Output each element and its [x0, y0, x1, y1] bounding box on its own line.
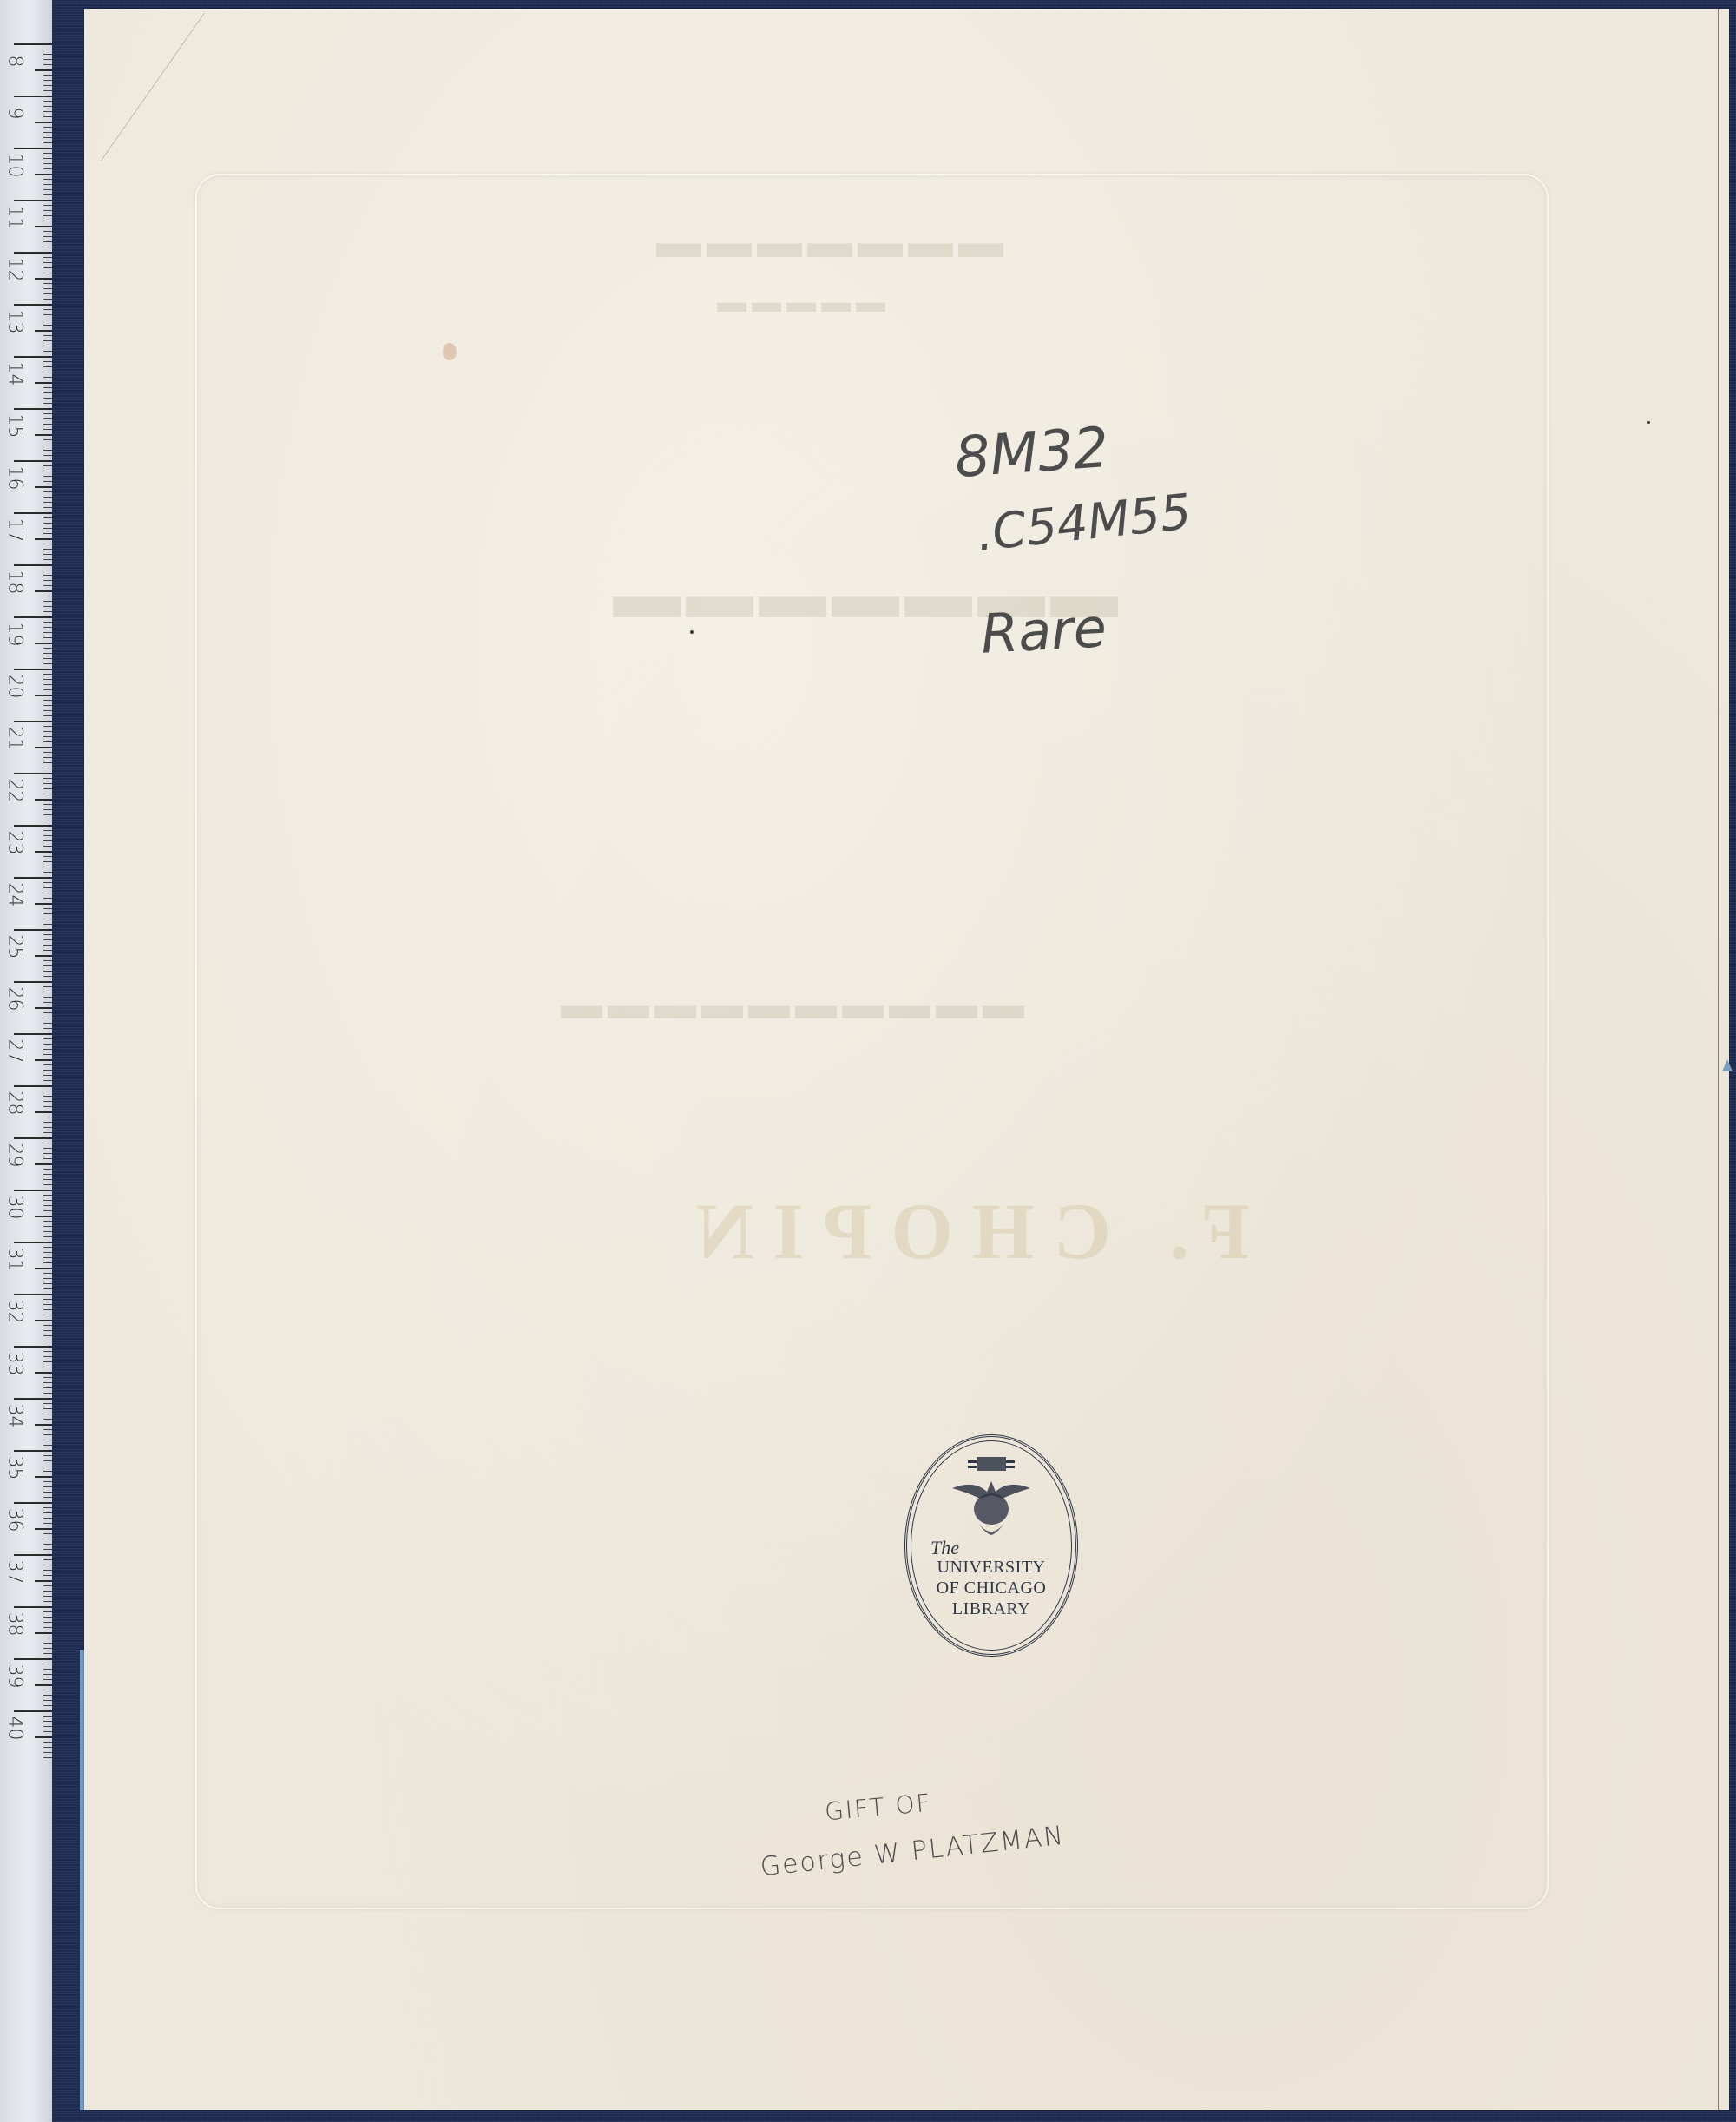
ruler-minor-tick — [43, 856, 52, 857]
show-through-dedication: ▬▬▬▬▬▬▬▬▬▬ — [556, 981, 1024, 1029]
ruler-minor-tick — [43, 1674, 52, 1675]
ruler-minor-tick — [35, 643, 52, 644]
ruler-minor-tick — [43, 986, 52, 987]
ruler-minor-tick — [43, 1262, 52, 1263]
ruler-label: 29 — [4, 1143, 26, 1169]
ruler-minor-tick — [35, 1736, 52, 1738]
show-through-composer: F. CHOPIN — [677, 1185, 1250, 1277]
ruler-minor-tick — [43, 559, 52, 560]
ruler-minor-tick — [43, 924, 52, 925]
paper-speck — [690, 630, 694, 634]
ruler-minor-tick — [43, 398, 52, 399]
ruler-label: 24 — [4, 882, 26, 908]
ruler-minor-tick — [35, 1216, 52, 1217]
ruler-minor-tick — [43, 340, 52, 341]
ruler-minor-tick — [43, 1174, 52, 1175]
ruler-minor-tick — [43, 1596, 52, 1597]
ruler-minor-tick — [43, 64, 52, 65]
ruler-label: 25 — [4, 934, 26, 960]
ruler-minor-tick — [43, 471, 52, 471]
ruler-minor-tick — [43, 372, 52, 372]
ruler-minor-tick — [43, 1669, 52, 1670]
ruler-minor-tick — [43, 1507, 52, 1508]
ruler-major-tick — [14, 1658, 52, 1660]
ruler-label: 36 — [4, 1507, 26, 1533]
ruler-major-tick — [14, 356, 52, 358]
ruler-label: 23 — [4, 830, 26, 856]
ruler-major-tick — [14, 1450, 52, 1452]
ruler-major-tick — [14, 669, 52, 670]
bookplate-line-1: UNIVERSITY — [911, 1558, 1071, 1578]
ruler-minor-tick — [43, 1330, 52, 1331]
ruler-minor-tick — [43, 768, 52, 768]
ruler-minor-tick — [43, 1466, 52, 1466]
ruler-minor-tick — [35, 1320, 52, 1321]
ruler-minor-tick — [43, 1695, 52, 1696]
ruler-minor-tick — [43, 1153, 52, 1154]
ruler-minor-tick — [43, 210, 52, 211]
ruler-minor-tick — [35, 1684, 52, 1686]
ruler-minor-tick — [43, 283, 52, 284]
ruler-minor-tick — [43, 1049, 52, 1050]
ruler-minor-tick — [43, 757, 52, 758]
ruler-minor-tick — [43, 939, 52, 940]
ruler-minor-tick — [43, 1601, 52, 1602]
ruler-minor-tick — [35, 538, 52, 540]
ruler-minor-tick — [43, 1570, 52, 1571]
ruler-minor-tick — [43, 267, 52, 268]
ruler-minor-tick — [43, 163, 52, 164]
ruler-minor-tick — [43, 840, 52, 841]
ruler-minor-tick — [43, 752, 52, 753]
ruler-minor-tick — [43, 429, 52, 430]
ruler-minor-tick — [43, 418, 52, 419]
ruler-major-tick — [14, 1137, 52, 1139]
ruler-major-tick — [14, 1085, 52, 1087]
ruler-minor-tick — [43, 648, 52, 649]
ruler-minor-tick — [43, 1664, 52, 1664]
ruler-minor-tick — [35, 1111, 52, 1113]
ruler-minor-tick — [43, 1012, 52, 1013]
ruler-minor-tick — [43, 1315, 52, 1315]
ruler-minor-tick — [43, 887, 52, 888]
ruler-minor-tick — [35, 1632, 52, 1634]
ruler-major-tick — [14, 200, 52, 201]
ruler-minor-tick — [43, 262, 52, 263]
ruler-minor-tick — [43, 1054, 52, 1055]
ruler-minor-tick — [43, 309, 52, 310]
ruler-minor-tick — [43, 1273, 52, 1274]
ruler-minor-tick — [43, 1705, 52, 1706]
paper-speck — [1647, 421, 1650, 424]
ruler-minor-tick — [43, 1523, 52, 1524]
ruler-minor-tick — [43, 257, 52, 258]
ruler-major-tick — [14, 1346, 52, 1348]
ruler-minor-tick — [43, 366, 52, 367]
ruler-minor-tick — [35, 1424, 52, 1426]
ruler-minor-tick — [43, 231, 52, 232]
ruler-minor-tick — [35, 695, 52, 696]
ruler-minor-tick — [43, 1486, 52, 1487]
ruler-minor-tick — [43, 627, 52, 628]
ruler-minor-tick — [43, 570, 52, 570]
ruler-minor-tick — [43, 241, 52, 242]
ruler-minor-tick — [43, 215, 52, 216]
ruler-minor-tick — [43, 299, 52, 300]
ruler-minor-tick — [43, 637, 52, 638]
ruler-minor-tick — [43, 1419, 52, 1420]
ruler-minor-tick — [43, 1747, 52, 1748]
ruler-minor-tick — [43, 705, 52, 706]
ruler-minor-tick — [43, 1106, 52, 1107]
ruler-minor-tick — [35, 1372, 52, 1374]
ruler-minor-tick — [43, 1585, 52, 1586]
ruler-minor-tick — [43, 689, 52, 690]
ruler-minor-tick — [35, 747, 52, 748]
ruler-minor-tick — [43, 1028, 52, 1029]
ruler-major-tick — [14, 408, 52, 410]
ruler-minor-tick — [43, 814, 52, 815]
bookplate-the: The — [930, 1537, 959, 1559]
ruler-minor-tick — [43, 1143, 52, 1143]
ruler-minor-tick — [43, 1440, 52, 1440]
ruler-minor-tick — [43, 1367, 52, 1367]
ruler-label: 30 — [4, 1195, 26, 1221]
ruler-minor-tick — [43, 1127, 52, 1128]
ruler-minor-tick — [43, 1471, 52, 1472]
ruler-minor-tick — [43, 971, 52, 972]
ruler-minor-tick — [43, 1299, 52, 1300]
ruler-minor-tick — [43, 507, 52, 508]
ruler-minor-tick — [43, 1236, 52, 1237]
ruler-minor-tick — [43, 726, 52, 727]
ruler-minor-tick — [43, 867, 52, 867]
ruler-minor-tick — [43, 1611, 52, 1612]
ruler-minor-tick — [43, 736, 52, 737]
ruler-minor-tick — [43, 1653, 52, 1654]
ruler-minor-tick — [43, 1283, 52, 1284]
ruler-label: 22 — [4, 778, 26, 804]
ruler-minor-tick — [43, 445, 52, 445]
ruler-major-tick — [14, 616, 52, 618]
ruler-minor-tick — [43, 335, 52, 336]
ruler-label: 40 — [4, 1716, 26, 1742]
ruler-major-tick — [14, 460, 52, 462]
ruler-major-tick — [14, 1398, 52, 1400]
ruler-minor-tick — [43, 1492, 52, 1493]
ruler-major-tick — [14, 304, 52, 306]
ruler-minor-tick — [43, 762, 52, 763]
ruler-minor-tick — [43, 710, 52, 711]
ruler-minor-tick — [43, 861, 52, 862]
ruler-minor-tick — [43, 809, 52, 810]
ruler-label: 37 — [4, 1559, 26, 1585]
ruler-minor-tick — [43, 325, 52, 326]
ruler-label: 19 — [4, 622, 26, 648]
ruler-label: 12 — [4, 257, 26, 283]
ruler-minor-tick — [35, 226, 52, 227]
ruler-minor-tick — [43, 1075, 52, 1076]
ruler-label: 13 — [4, 309, 26, 335]
ruler-minor-tick — [43, 1622, 52, 1623]
ruler-minor-tick — [43, 1648, 52, 1649]
ruler-major-tick — [14, 825, 52, 827]
ruler-minor-tick — [43, 1429, 52, 1430]
ruler-minor-tick — [43, 913, 52, 914]
ruler-minor-tick — [43, 314, 52, 315]
ruler-minor-tick — [43, 346, 52, 346]
ruler-label: 39 — [4, 1664, 26, 1690]
ruler-minor-tick — [43, 168, 52, 169]
ruler-minor-tick — [43, 554, 52, 555]
ruler-minor-tick — [43, 1101, 52, 1102]
ruler-minor-tick — [43, 1278, 52, 1279]
ruler-major-tick — [14, 1190, 52, 1191]
ruler-minor-tick — [43, 1533, 52, 1534]
ruler-minor-tick — [43, 1690, 52, 1690]
ruler-minor-tick — [43, 236, 52, 237]
ruler-minor-tick — [43, 194, 52, 195]
ruler-minor-tick — [43, 893, 52, 893]
ruler-minor-tick — [43, 1341, 52, 1341]
call-number-line-1: 8M32 — [953, 416, 1111, 491]
ruler-label: 14 — [4, 361, 26, 387]
ruler-major-tick — [14, 981, 52, 983]
ruler-label: 28 — [4, 1091, 26, 1117]
ruler-minor-tick — [43, 997, 52, 998]
ruler-minor-tick — [43, 674, 52, 675]
ruler-minor-tick — [43, 1210, 52, 1211]
ruler-minor-tick — [43, 976, 52, 977]
ruler-minor-tick — [43, 403, 52, 404]
ruler-minor-tick — [43, 1512, 52, 1513]
ruler-minor-tick — [43, 1226, 52, 1227]
ruler-minor-tick — [43, 288, 52, 289]
ruler-minor-tick — [43, 1591, 52, 1591]
ruler-minor-tick — [43, 320, 52, 320]
ruler-minor-tick — [43, 1445, 52, 1446]
ruler-major-tick — [14, 1033, 52, 1035]
ruler-label: 11 — [4, 205, 26, 231]
ruler-minor-tick — [35, 799, 52, 801]
ruler-minor-tick — [35, 1476, 52, 1478]
ruler-minor-tick — [43, 59, 52, 60]
ruler-minor-tick — [43, 575, 52, 576]
ruler-minor-tick — [43, 455, 52, 456]
ruler-label: 38 — [4, 1611, 26, 1638]
sheet-fold-line — [1718, 9, 1719, 2110]
ruler-minor-tick — [43, 1091, 52, 1091]
ruler-minor-tick — [43, 184, 52, 185]
ruler-minor-tick — [43, 835, 52, 836]
ruler-minor-tick — [43, 549, 52, 550]
ruler-major-tick — [14, 1294, 52, 1295]
ruler-major-tick — [14, 252, 52, 254]
ruler-minor-tick — [43, 465, 52, 466]
ruler-minor-tick — [43, 221, 52, 221]
ruler-minor-tick — [43, 1460, 52, 1461]
ruler-minor-tick — [43, 585, 52, 586]
ruler-minor-tick — [43, 392, 52, 393]
ruler-minor-tick — [43, 377, 52, 378]
ruler-minor-tick — [43, 424, 52, 425]
ruler-minor-tick — [43, 1455, 52, 1456]
phoenix-emblem-icon — [944, 1455, 1039, 1542]
ruler-minor-tick — [43, 663, 52, 664]
ruler-minor-tick — [35, 330, 52, 332]
bookplate-line-2: OF CHICAGO — [911, 1578, 1071, 1598]
ruler-minor-tick — [43, 1002, 52, 1003]
ruler-minor-tick — [43, 830, 52, 831]
ruler-minor-tick — [43, 1638, 52, 1638]
ruler-major-tick — [14, 1710, 52, 1712]
ruler-minor-tick — [43, 523, 52, 524]
ruler-minor-tick — [43, 934, 52, 935]
ruler-minor-tick — [43, 1080, 52, 1081]
show-through-title: ▬▬▬▬▬▬▬ — [651, 217, 1003, 268]
ruler-minor-tick — [43, 1252, 52, 1253]
ruler-minor-tick — [43, 1559, 52, 1560]
ruler-minor-tick — [43, 611, 52, 612]
ruler-label: 33 — [4, 1351, 26, 1377]
bookplate-line-3: LIBRARY — [911, 1599, 1071, 1619]
ruler-minor-tick — [43, 205, 52, 206]
ruler-minor-tick — [35, 434, 52, 436]
ruler-minor-tick — [43, 481, 52, 482]
ruler-major-tick — [14, 43, 52, 45]
ruler-minor-tick — [43, 387, 52, 388]
ruler-minor-tick — [43, 1481, 52, 1482]
ruler-minor-tick — [43, 361, 52, 362]
ruler-minor-tick — [43, 1325, 52, 1326]
ruler-minor-tick — [43, 872, 52, 873]
ruler-minor-tick — [43, 517, 52, 518]
ruler-minor-tick — [43, 476, 52, 477]
ruler-minor-tick — [43, 622, 52, 623]
ruler-minor-tick — [43, 684, 52, 685]
ruler-minor-tick — [43, 1434, 52, 1435]
ruler-minor-tick — [43, 658, 52, 659]
ruler-minor-tick — [43, 54, 52, 55]
ruler-label: 32 — [4, 1299, 26, 1325]
ruler-minor-tick — [43, 700, 52, 701]
ruler-major-tick — [14, 773, 52, 774]
ruler-minor-tick — [43, 1257, 52, 1258]
show-through-subtitle: ▬▬▬▬▬ — [712, 287, 885, 320]
ruler-minor-tick — [43, 1544, 52, 1545]
ruler-minor-tick — [43, 1721, 52, 1722]
ruler-minor-tick — [43, 1757, 52, 1758]
ruler-major-tick — [14, 929, 52, 931]
ruler-minor-tick — [43, 846, 52, 847]
ruler-minor-tick — [43, 794, 52, 794]
ruler-minor-tick — [43, 1377, 52, 1378]
ruler-minor-tick — [43, 992, 52, 992]
ruler-minor-tick — [43, 1231, 52, 1232]
ruler-minor-tick — [43, 919, 52, 919]
ruler-minor-tick — [35, 278, 52, 280]
ruler-minor-tick — [43, 715, 52, 716]
measurement-ruler: 8910111213141516171819202122232425262728… — [0, 0, 52, 2122]
ruler-major-tick — [14, 877, 52, 879]
ruler-minor-tick — [43, 1132, 52, 1133]
ruler-minor-tick — [43, 1752, 52, 1753]
ruler-minor-tick — [43, 1361, 52, 1362]
ruler-minor-tick — [43, 533, 52, 534]
ruler-minor-tick — [43, 439, 52, 440]
ruler-minor-tick — [43, 49, 52, 49]
ruler-minor-tick — [43, 632, 52, 633]
ruler-minor-tick — [43, 1148, 52, 1149]
ruler-minor-tick — [43, 1195, 52, 1196]
ruler-minor-tick — [43, 1288, 52, 1289]
ruler-minor-tick — [43, 882, 52, 883]
ruler-minor-tick — [43, 1731, 52, 1732]
ruler-minor-tick — [43, 1518, 52, 1519]
ruler-major-tick — [14, 512, 52, 514]
ruler-minor-tick — [43, 1304, 52, 1305]
ruler-minor-tick — [43, 351, 52, 352]
ruler-major-tick — [14, 1554, 52, 1556]
ruler-minor-tick — [43, 1643, 52, 1644]
ruler-minor-tick — [43, 1742, 52, 1743]
ruler-label: 21 — [4, 726, 26, 752]
ruler-minor-tick — [35, 1268, 52, 1269]
ruler-minor-tick — [43, 1726, 52, 1727]
ruler-minor-tick — [43, 1179, 52, 1180]
ruler-minor-tick — [43, 1221, 52, 1222]
ruler-minor-tick — [43, 1700, 52, 1701]
ruler-minor-tick — [43, 1096, 52, 1097]
ruler-minor-tick — [43, 1247, 52, 1248]
ruler-minor-tick — [43, 788, 52, 789]
call-number-line-3: Rare — [979, 596, 1108, 665]
ruler-minor-tick — [35, 1163, 52, 1165]
ruler-minor-tick — [43, 497, 52, 498]
ruler-label: 15 — [4, 413, 26, 439]
ruler-minor-tick — [43, 1414, 52, 1414]
ruler-minor-tick — [43, 908, 52, 909]
ruler-label: 17 — [4, 517, 26, 544]
ruler-minor-tick — [43, 1184, 52, 1185]
ruler-minor-tick — [43, 1158, 52, 1159]
ruler-label: 18 — [4, 570, 26, 596]
ruler-minor-tick — [43, 741, 52, 742]
ruler-minor-tick — [43, 606, 52, 607]
ruler-minor-tick — [43, 965, 52, 966]
ruler-minor-tick — [43, 1205, 52, 1206]
ruler-major-tick — [14, 721, 52, 722]
ruler-minor-tick — [43, 179, 52, 180]
ruler-minor-tick — [43, 580, 52, 581]
ruler-minor-tick — [43, 1387, 52, 1388]
ruler-minor-tick — [43, 1393, 52, 1394]
ruler-minor-tick — [43, 804, 52, 805]
ruler-minor-tick — [43, 1351, 52, 1352]
ruler-minor-tick — [43, 778, 52, 779]
ruler-minor-tick — [43, 1403, 52, 1404]
ruler-minor-tick — [43, 1716, 52, 1717]
ruler-label: 34 — [4, 1403, 26, 1429]
ruler-minor-tick — [43, 596, 52, 596]
ruler-major-tick — [14, 1242, 52, 1243]
ruler-label: 27 — [4, 1038, 26, 1064]
ruler-minor-tick — [43, 1169, 52, 1170]
ruler-label: 20 — [4, 674, 26, 700]
ruler-minor-tick — [43, 1038, 52, 1039]
ruler-minor-tick — [43, 1122, 52, 1123]
ruler-label: 35 — [4, 1455, 26, 1481]
